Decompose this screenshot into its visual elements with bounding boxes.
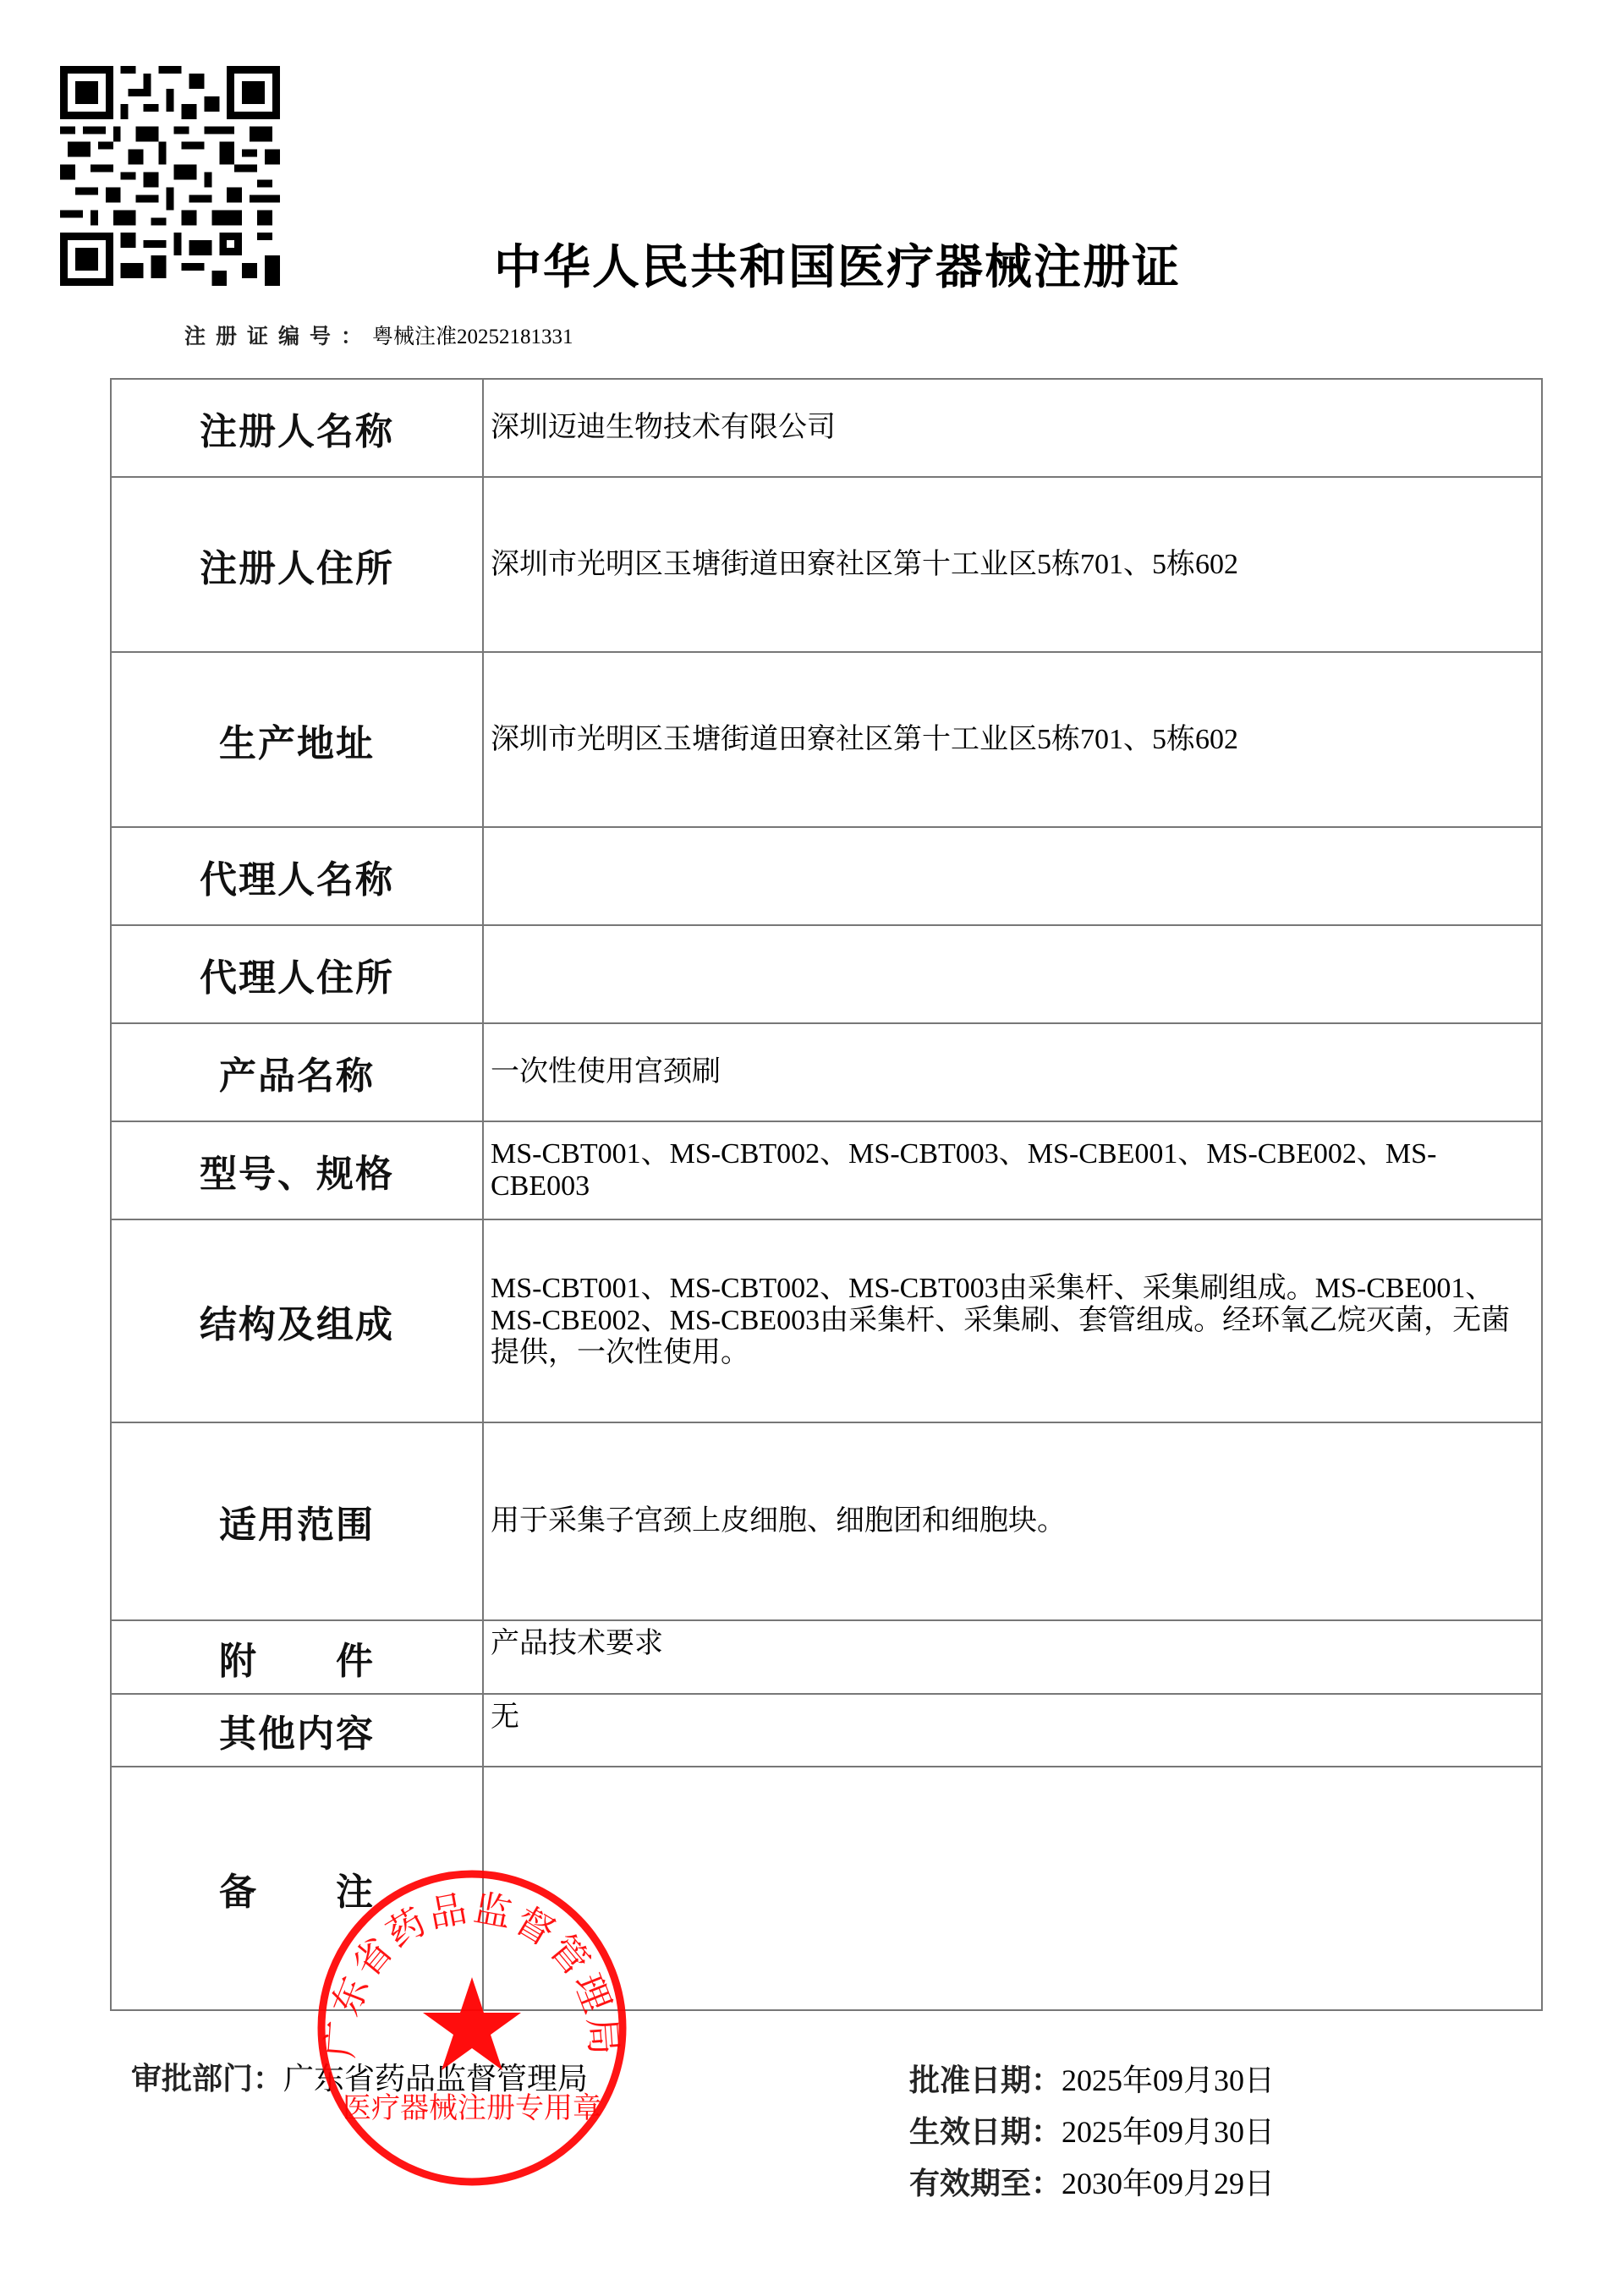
table-row-production-address: 生产地址 深圳市光明区玉塘街道田寮社区第十工业区5栋701、5栋602 [111, 652, 1542, 827]
certificate-title: 中华人民共和国医疗器械注册证 [423, 230, 1252, 298]
table-row-other: 其他内容 无 [111, 1694, 1542, 1767]
row-key: 适用范围 [111, 1422, 483, 1620]
qr-code-icon [59, 66, 281, 286]
row-value [483, 925, 1542, 1023]
expiry-date-label: 有效期至： [909, 2167, 1062, 2201]
row-value: MS-CBT001、MS-CBT002、MS-CBT003、MS-CBE001、… [483, 1121, 1542, 1219]
expiry-date: 有效期至：2030年09月29日 [909, 2158, 1275, 2210]
table-row-remarks: 备 注 [111, 1767, 1542, 2010]
row-key: 型号、规格 [111, 1121, 483, 1219]
certificate-table: 注册人名称 深圳迈迪生物技术有限公司 注册人住所 深圳市光明区玉塘街道田寮社区第… [110, 378, 1543, 2011]
row-key: 代理人名称 [111, 827, 483, 925]
date-block: 批准日期：2025年09月30日 生效日期：2025年09月30日 有效期至：2… [909, 2055, 1275, 2210]
registration-number-value: 粤械注准20252181331 [372, 326, 573, 348]
approval-department-label: 审批部门： [131, 2062, 283, 2096]
row-value: 一次性使用宫颈刷 [483, 1023, 1542, 1121]
row-key: 备 注 [111, 1767, 483, 2010]
row-value: 深圳市光明区玉塘街道田寮社区第十工业区5栋701、5栋602 [483, 477, 1542, 652]
row-value: 深圳迈迪生物技术有限公司 [483, 379, 1542, 477]
table-row-product-name: 产品名称 一次性使用宫颈刷 [111, 1023, 1542, 1121]
approval-date-value: 2025年09月30日 [1062, 2063, 1275, 2097]
row-key: 结构及组成 [111, 1219, 483, 1422]
table-row-scope: 适用范围 用于采集子宫颈上皮细胞、细胞团和细胞块。 [111, 1422, 1542, 1620]
effective-date: 生效日期：2025年09月30日 [909, 2107, 1275, 2158]
approval-department-value: 广东省药品监督管理局 [283, 2062, 588, 2096]
row-value: 无 [483, 1694, 1542, 1767]
row-key: 生产地址 [111, 652, 483, 827]
row-key: 其他内容 [111, 1694, 483, 1767]
table-row-agent-address: 代理人住所 [111, 925, 1542, 1023]
registration-number-label: 注册证编号： [184, 324, 372, 348]
approval-department: 审批部门：广东省药品监督管理局 [131, 2055, 588, 2098]
row-key: 注册人住所 [111, 477, 483, 652]
approval-date: 批准日期：2025年09月30日 [909, 2055, 1275, 2107]
row-value [483, 1767, 1542, 2010]
table-row-model-spec: 型号、规格 MS-CBT001、MS-CBT002、MS-CBT003、MS-C… [111, 1121, 1542, 1219]
table-row-registrant-address: 注册人住所 深圳市光明区玉塘街道田寮社区第十工业区5栋701、5栋602 [111, 477, 1542, 652]
row-value: 深圳市光明区玉塘街道田寮社区第十工业区5栋701、5栋602 [483, 652, 1542, 827]
row-key: 附 件 [111, 1620, 483, 1694]
effective-date-value: 2025年09月30日 [1062, 2115, 1275, 2149]
registration-number: 注册证编号：粤械注准20252181331 [184, 320, 573, 350]
table-row-registrant-name: 注册人名称 深圳迈迪生物技术有限公司 [111, 379, 1542, 477]
row-value: 用于采集子宫颈上皮细胞、细胞团和细胞块。 [483, 1422, 1542, 1620]
table-row-agent-name: 代理人名称 [111, 827, 1542, 925]
table-row-attachment: 附 件 产品技术要求 [111, 1620, 1542, 1694]
row-key: 代理人住所 [111, 925, 483, 1023]
row-value: 产品技术要求 [483, 1620, 1542, 1694]
effective-date-label: 生效日期： [909, 2115, 1062, 2150]
row-key: 注册人名称 [111, 379, 483, 477]
expiry-date-value: 2030年09月29日 [1062, 2167, 1275, 2200]
row-value: MS-CBT001、MS-CBT002、MS-CBT003由采集杆、采集刷组成。… [483, 1219, 1542, 1422]
table-row-structure: 结构及组成 MS-CBT001、MS-CBT002、MS-CBT003由采集杆、… [111, 1219, 1542, 1422]
row-key: 产品名称 [111, 1023, 483, 1121]
approval-date-label: 批准日期： [909, 2063, 1062, 2098]
row-value [483, 827, 1542, 925]
